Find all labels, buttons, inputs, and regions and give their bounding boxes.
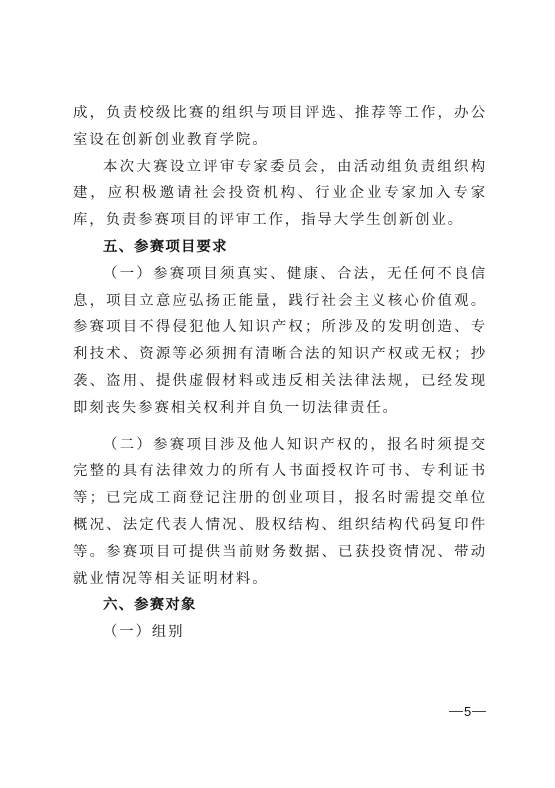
subheading-groups: （一）组别 bbox=[73, 619, 487, 646]
document-page: 成，负责校级比赛的组织与项目评选、推荐等工作，办公室设在创新创业教育学院。 本次… bbox=[0, 0, 555, 788]
paragraph-review-committee: 本次大赛设立评审专家委员会，由活动组负责组织构建，应积极邀请社会投资机构、行业企… bbox=[73, 154, 487, 234]
paragraph-requirement-2: （二）参赛项目涉及他人知识产权的，报名时须提交完整的具有法律效力的所有人书面授权… bbox=[73, 432, 487, 593]
page-number: 5 bbox=[464, 704, 471, 719]
page-footer: 5 bbox=[448, 704, 487, 719]
footer-dash-right bbox=[472, 711, 486, 712]
section-heading-participants: 六、参赛对象 bbox=[73, 592, 487, 619]
section-heading-project-requirements: 五、参赛项目要求 bbox=[73, 234, 487, 261]
paragraph-requirement-1: （一）参赛项目须真实、健康、合法，无任何不良信息，项目立意应弘扬正能量，践行社会… bbox=[73, 261, 487, 422]
document-body: 成，负责校级比赛的组织与项目评选、推荐等工作，办公室设在创新创业教育学院。 本次… bbox=[73, 100, 487, 646]
footer-dash-left bbox=[449, 711, 463, 712]
paragraph-continuation: 成，负责校级比赛的组织与项目评选、推荐等工作，办公室设在创新创业教育学院。 bbox=[73, 100, 487, 154]
